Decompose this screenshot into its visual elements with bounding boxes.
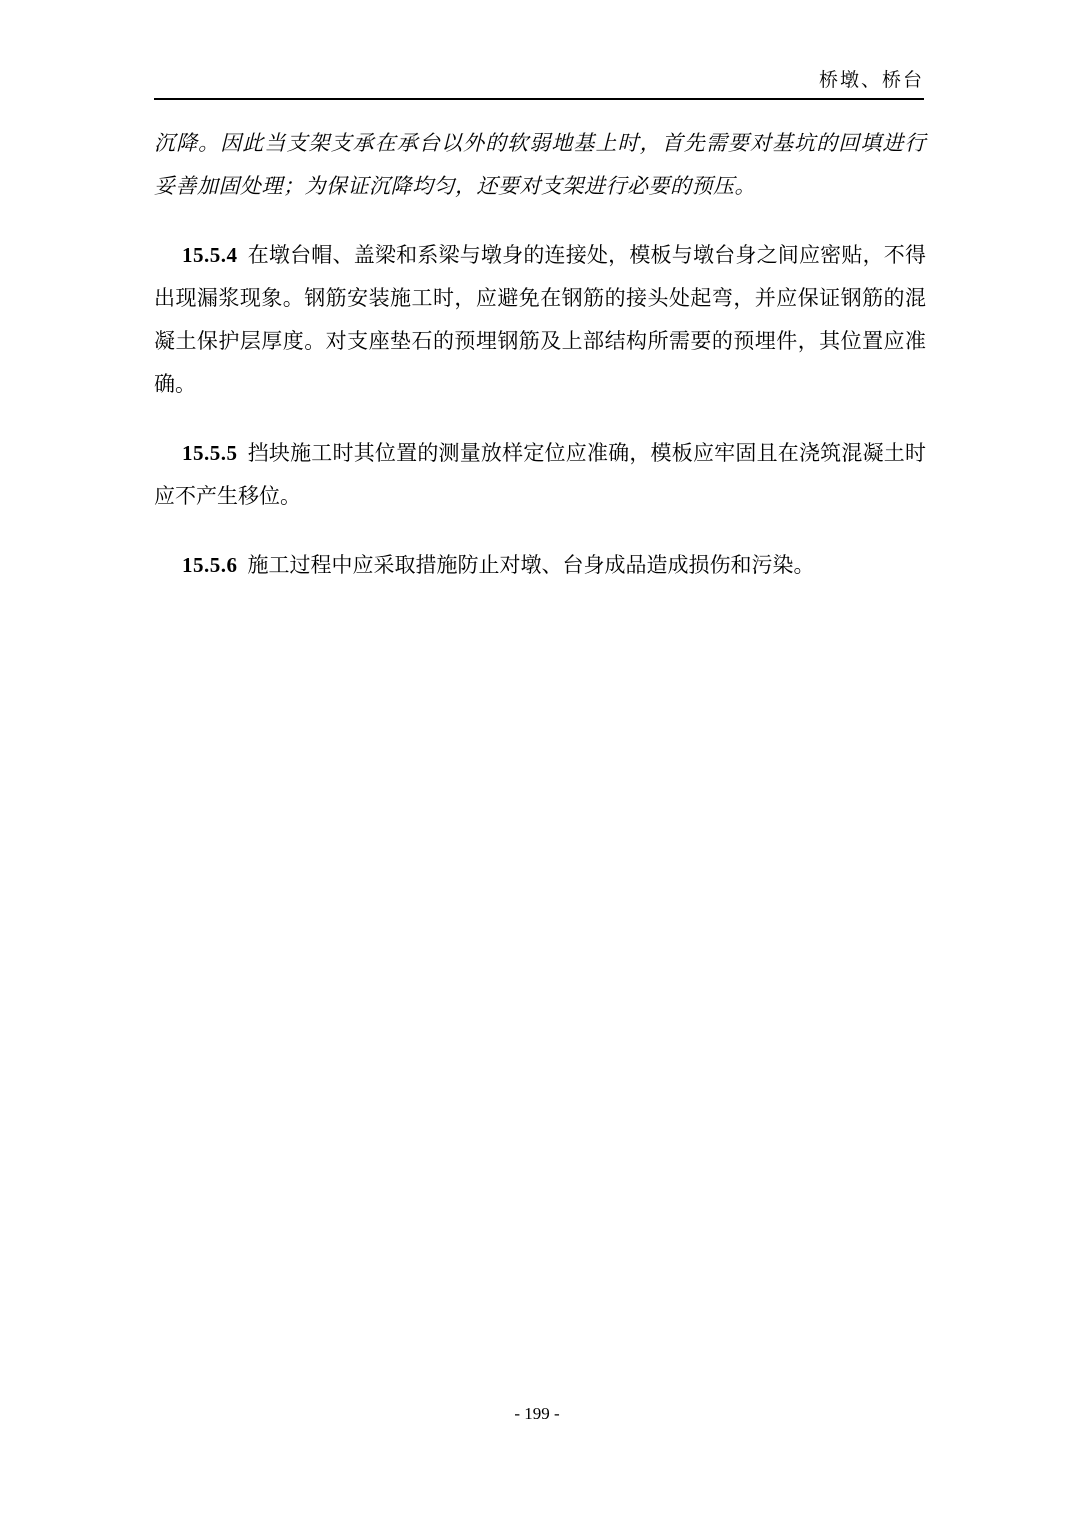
document-page: 桥墩、桥台 沉降。因此当支架支承在承台以外的软弱地基上时，首先需要对基坑的回填进…: [0, 0, 1074, 1520]
page-footer: - 199 -: [0, 1402, 1074, 1426]
clause-text: 在墩台帽、盖梁和系梁与墩身的连接处，模板与墩台身之间应密贴，不得出现漏浆现象。钢…: [154, 243, 926, 396]
page-number: - 199 -: [514, 1404, 559, 1423]
clause-text: 挡块施工时其位置的测量放样定位应准确，模板应牢固且在浇筑混凝土时应不产生移位。: [154, 441, 926, 508]
paragraph-continuation: 沉降。因此当支架支承在承台以外的软弱地基上时，首先需要对基坑的回填进行妥善加固处…: [154, 122, 926, 208]
clause-text: 施工过程中应采取措施防止对墩、台身成品造成损伤和污染。: [248, 553, 815, 577]
document-body: 沉降。因此当支架支承在承台以外的软弱地基上时，首先需要对基坑的回填进行妥善加固处…: [154, 122, 926, 613]
running-header-title: 桥墩、桥台: [819, 70, 924, 91]
clause-number: 15.5.6: [182, 553, 238, 577]
running-header: 桥墩、桥台: [154, 68, 924, 100]
clause-number: 15.5.5: [182, 441, 238, 465]
clause-paragraph-15-5-4: 15.5.4在墩台帽、盖梁和系梁与墩身的连接处，模板与墩台身之间应密贴，不得出现…: [154, 234, 926, 406]
clause-number: 15.5.4: [182, 243, 238, 267]
clause-paragraph-15-5-5: 15.5.5挡块施工时其位置的测量放样定位应准确，模板应牢固且在浇筑混凝土时应不…: [154, 432, 926, 518]
clause-paragraph-15-5-6: 15.5.6施工过程中应采取措施防止对墩、台身成品造成损伤和污染。: [154, 544, 926, 587]
